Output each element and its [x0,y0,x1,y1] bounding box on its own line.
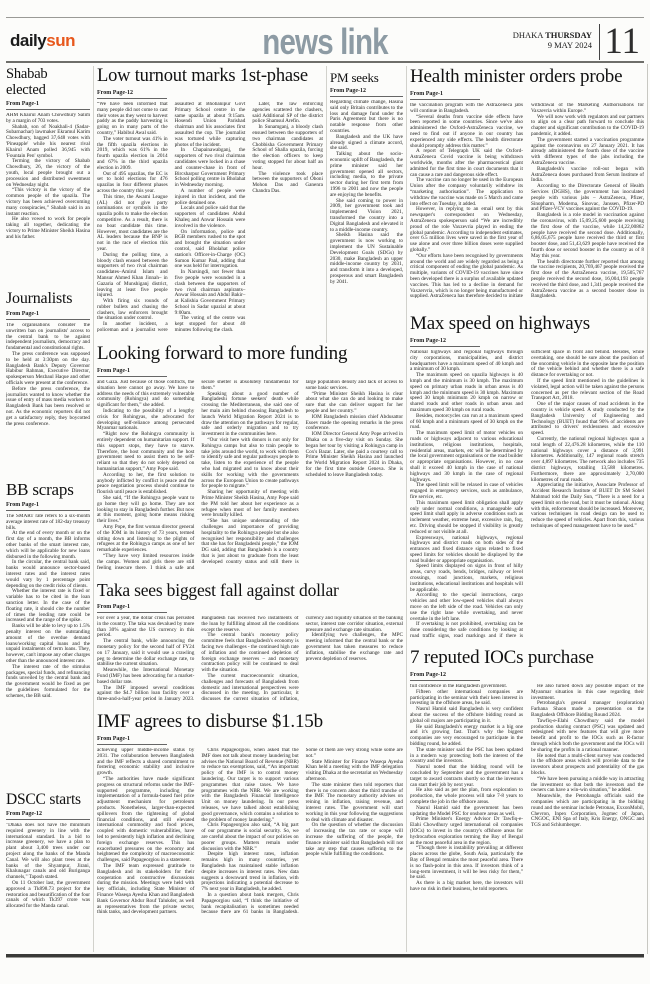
article-body: the vaccination program with the AstraZe… [410,103,644,308]
article-body: For over a year, the dollar crisis has p… [97,616,403,706]
dateline-day: THURSDAY [545,30,592,40]
headline: DSCC starts [6,791,90,808]
article-body: The organisations consider the unwritten… [6,323,90,475]
article-looking-forward: Looking forward to more funding From Pag… [97,343,403,574]
headline: Low turnout marks 1st-phase [97,66,323,87]
continuation-kicker: From Page-12 [330,88,403,97]
right-edge-rule [647,64,648,954]
article-body: achieving upper middle-income status by … [97,748,403,926]
article-pm-seeks: PM seeks From Page-12 Regarding climate … [330,66,403,338]
article-body: AHM Khairul Anam Chowdhury Salim by a ma… [6,113,90,285]
headline: Looking forward to more funding [97,343,403,365]
article-taka-fall: Taka sees biggest fall against dollar Fr… [97,579,403,706]
continuation-kicker: From Page-1 [97,736,167,745]
right-section: Health minister orders probe From Page-1… [410,66,644,952]
continuation-kicker: From Page-1 [6,101,90,110]
article-dscc-starts: DSCC starts From Page-12 "Dhaka does not… [6,791,90,953]
page-number-divider [599,24,600,60]
header-rule [6,61,644,63]
masthead-title: news link [63,22,586,62]
column-divider [93,66,94,952]
article-iocs-purchase: 7 reputed IOCs purchase From Page-12 ful… [410,647,644,896]
article-shabab-elected: Shabab elected From Page-1 AHM Khairul A… [6,66,90,285]
headline: Taka sees biggest fall against dollar [97,579,403,601]
headline: PM seeks [330,70,403,85]
dateline: DHAKA THURSDAY 9 MAY 2024 [513,30,592,50]
dateline-city: DHAKA [513,30,543,40]
continuation-kicker: From Page-1 [97,368,167,377]
continuation-kicker: From Page-1 [6,311,90,320]
headline: Max speed on highways [410,313,644,335]
article-body: National highways and regional highways … [410,350,644,642]
article-body: and Gaza. Just because of those conflict… [97,380,403,574]
page-header: dailysun news link DHAKA THURSDAY 9 MAY … [6,22,644,60]
article-bb-scraps: BB scraps From Page-1 The SMART rate ref… [6,480,90,786]
continuation-kicker: From Page-12 [6,811,90,820]
continuation-kicker: From Page-1 [410,91,480,100]
column-divider [326,66,327,343]
headline: Health minister orders probe [410,66,644,88]
article-body: The SMART rate refers to a six-month ave… [6,514,90,786]
article-body: “We have been informed that many people … [97,102,323,334]
column-divider [406,66,407,952]
article-body: "Dhaka does not have the minimum require… [6,823,90,953]
article-body: Regarding climate change, Hasina said on… [330,100,403,338]
page-number: 11 [604,20,640,63]
headline: Shabab elected [6,66,90,98]
headline: IMF agrees to disburse $1.15b [97,711,403,733]
continuation-kicker: From Page-12 [410,672,480,681]
page-body: Shabab elected From Page-1 AHM Khairul A… [6,66,644,952]
continuation-kicker: From Page-12 [97,90,167,99]
top-row: Low turnout marks 1st-phase From Page-12… [97,66,403,343]
top-hairline [6,17,644,18]
left-rail: Shabab elected From Page-1 AHM Khairul A… [6,66,90,952]
dateline-date: 9 MAY 2024 [513,40,592,50]
headline: BB scraps [6,480,90,499]
article-max-speed: Max speed on highways From Page-12 Natio… [410,313,644,642]
article-health-minister: Health minister orders probe From Page-1… [410,66,644,308]
bottom-rule [6,954,644,958]
article-journalists: Journalists From Page-1 The organisation… [6,290,90,475]
continuation-kicker: From Page-1 [97,604,167,613]
headline: Journalists [6,290,90,308]
continuation-kicker: From Page-1 [6,502,90,511]
continuation-kicker: From Page-12 [410,338,480,347]
newspaper-page: dailysun news link DHAKA THURSDAY 9 MAY … [0,0,650,984]
headline: 7 reputed IOCs purchase [410,647,644,669]
logo-daily-text: daily [10,31,46,50]
article-low-turnout: Low turnout marks 1st-phase From Page-12… [97,66,323,338]
article-body: full confidence in the Bangladesh govern… [410,684,644,896]
middle-section: Low turnout marks 1st-phase From Page-12… [97,66,403,952]
article-imf-disburse: IMF agrees to disburse $1.15b From Page-… [97,711,403,926]
